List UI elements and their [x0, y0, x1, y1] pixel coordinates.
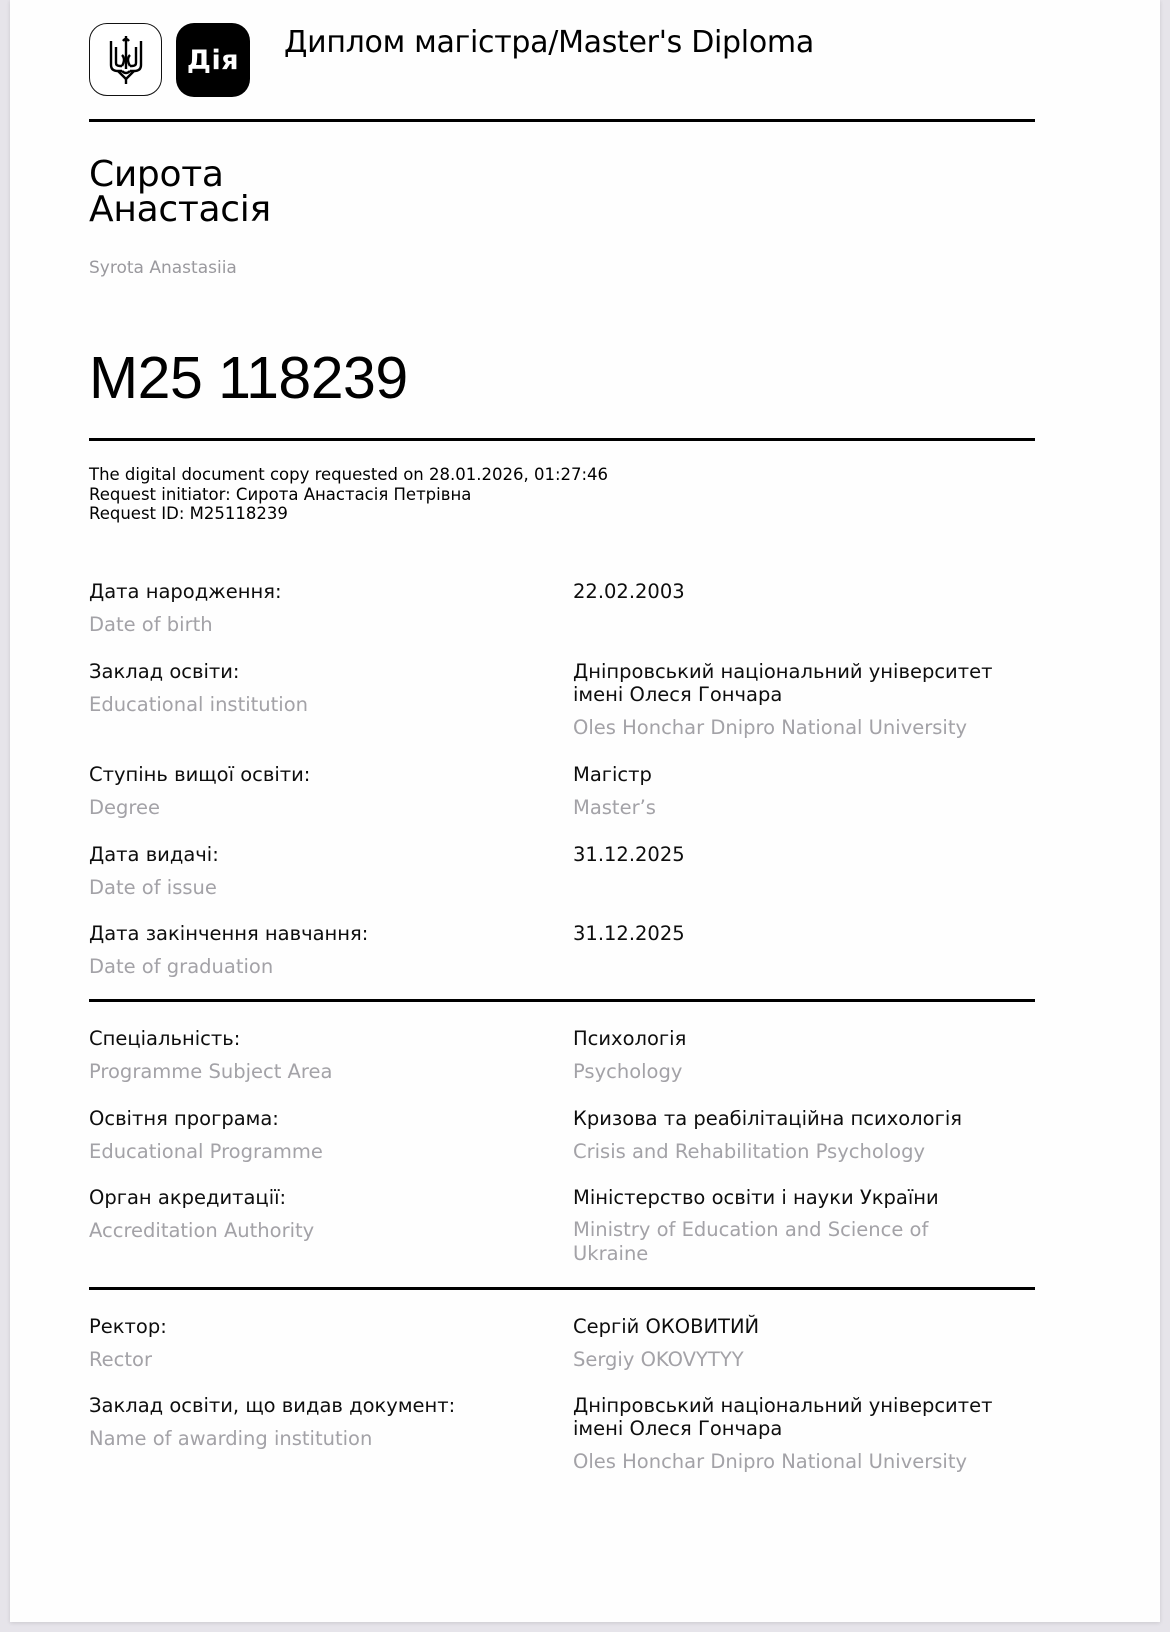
field-label-uk: Ректор: — [89, 1315, 559, 1338]
field-label-en: Degree — [89, 796, 559, 819]
field-label-en: Programme Subject Area — [89, 1060, 559, 1083]
field-value-uk: 31.12.2025 — [573, 843, 1043, 866]
field-value-uk: Кризова та реабілітаційна психологія — [573, 1107, 1043, 1130]
number-divider — [89, 438, 1035, 441]
request-id: Request ID: M25118239 — [89, 504, 608, 524]
field-label-en: Date of issue — [89, 876, 559, 899]
diia-logo: Дія — [176, 23, 250, 97]
field-value-uk: Психологія — [573, 1027, 1043, 1050]
section-divider-2 — [89, 1287, 1035, 1290]
field-value-en: Ministry of Education and Science of Ukr… — [573, 1218, 983, 1266]
document-header: Дія Диплом магістра/Master's Diploma — [89, 23, 1035, 101]
field-value-en: Sergiy OKOVYTYY — [573, 1348, 1043, 1371]
field-value-uk: 31.12.2025 — [573, 922, 1043, 945]
field-label-uk: Орган акредитації: — [89, 1186, 559, 1209]
field-value-uk: Магістр — [573, 763, 1043, 786]
field-label-en: Rector — [89, 1348, 559, 1371]
field-label-uk: Дата закінчення навчання: — [89, 922, 559, 945]
holder-name-latin: Syrota Anastasiia — [89, 258, 237, 278]
holder-name-uk: Сирота Анастасія — [89, 157, 271, 227]
field-value-en: Oles Honchar Dnipro National University — [573, 716, 1043, 739]
holder-surname: Сирота — [89, 157, 271, 192]
field-value-uk: Сергій ОКОВИТИЙ — [573, 1315, 1043, 1338]
field-value-en: Crisis and Rehabilitation Psychology — [573, 1140, 1043, 1163]
field-value-uk: Міністерство освіти і науки України — [573, 1186, 1043, 1209]
field-value-en: Master’s — [573, 796, 1043, 819]
section-divider-1 — [89, 999, 1035, 1002]
diploma-card: Дія Диплом магістра/Master's Diploma Сир… — [10, 0, 1160, 1622]
field-label-uk: Ступінь вищої освіти: — [89, 763, 559, 786]
request-initiator: Request initiator: Сирота Анастасія Петр… — [89, 485, 608, 505]
request-info: The digital document copy requested on 2… — [89, 465, 608, 524]
field-label-uk: Заклад освіти: — [89, 660, 559, 683]
field-label-uk: Заклад освіти, що видав документ: — [89, 1394, 559, 1417]
trident-icon — [108, 35, 144, 85]
field-value-uk: Дніпровський національний університет ім… — [573, 660, 1033, 706]
coat-of-arms-logo — [89, 23, 162, 96]
request-date: The digital document copy requested on 2… — [89, 465, 608, 485]
document-title: Диплом магістра/Master's Diploma — [284, 25, 814, 60]
field-label-en: Accreditation Authority — [89, 1219, 559, 1242]
field-label-en: Date of graduation — [89, 955, 559, 978]
field-label-en: Educational Programme — [89, 1140, 559, 1163]
field-value-uk: Дніпровський національний університет ім… — [573, 1394, 1033, 1440]
field-value-uk: 22.02.2003 — [573, 580, 1043, 603]
header-divider — [89, 119, 1035, 122]
field-label-uk: Освітня програма: — [89, 1107, 559, 1130]
field-label-en: Educational institution — [89, 693, 559, 716]
field-value-en: Oles Honchar Dnipro National University — [573, 1450, 1043, 1473]
field-label-en: Name of awarding institution — [89, 1427, 559, 1450]
field-label-uk: Спеціальність: — [89, 1027, 559, 1050]
holder-given-name: Анастасія — [89, 192, 271, 227]
field-label-uk: Дата народження: — [89, 580, 559, 603]
field-value-en: Psychology — [573, 1060, 1043, 1083]
field-label-uk: Дата видачі: — [89, 843, 559, 866]
diia-logo-text: Дія — [187, 45, 239, 76]
document-number: M25 118239 — [89, 344, 408, 412]
field-label-en: Date of birth — [89, 613, 559, 636]
